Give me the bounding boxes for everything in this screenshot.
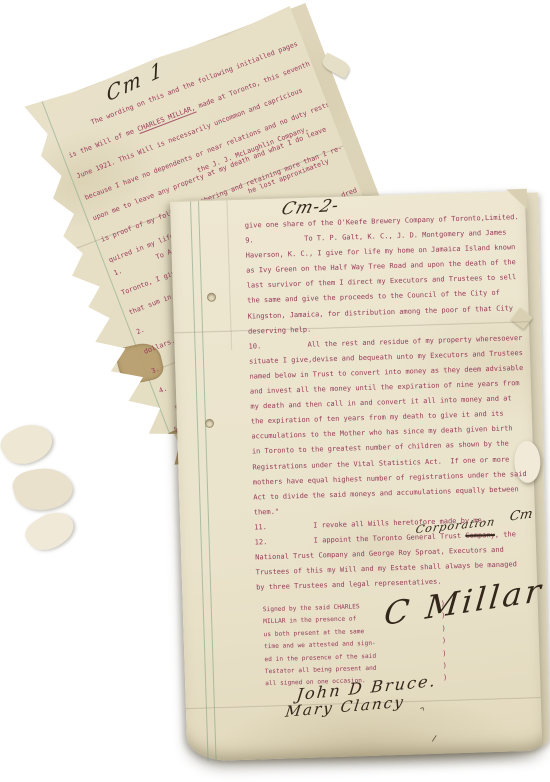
stray-ink-mark: ^ [416,706,426,717]
punch-hole [205,419,214,428]
ruled-margin-line [198,201,217,761]
torn-paper-flap [21,503,80,559]
photo-of-will-document: { "colors": { "background": "#ffffff", "… [0,0,550,782]
page-2-of-will: Cm-2- give one share of the O'Keefe Brew… [170,191,542,762]
bracket: ) [441,622,446,635]
typed-body: give one share of the O'Keefe Brewery Co… [245,210,531,596]
paper-crease [226,200,233,350]
bracket: ) [442,647,447,660]
struck-out-word: Company [465,531,495,540]
punch-hole [207,293,216,302]
attestation-clause: Signed by the said CHARLESMILLAR in the … [263,601,377,691]
typed-lines: give one share of the O'Keefe Brewery Co… [245,210,529,535]
typed-text: , the [495,530,516,539]
bracket: ) [443,672,448,685]
torn-paper-flap [0,415,58,473]
bracket: ) [442,635,447,648]
stray-ink-mark: / [431,734,437,744]
folded-corner [505,189,528,210]
handwritten-initials: Cm [509,507,534,525]
ruled-margin-line [190,201,209,761]
bracket: ) [443,660,448,673]
torn-paper-flap [10,462,76,517]
